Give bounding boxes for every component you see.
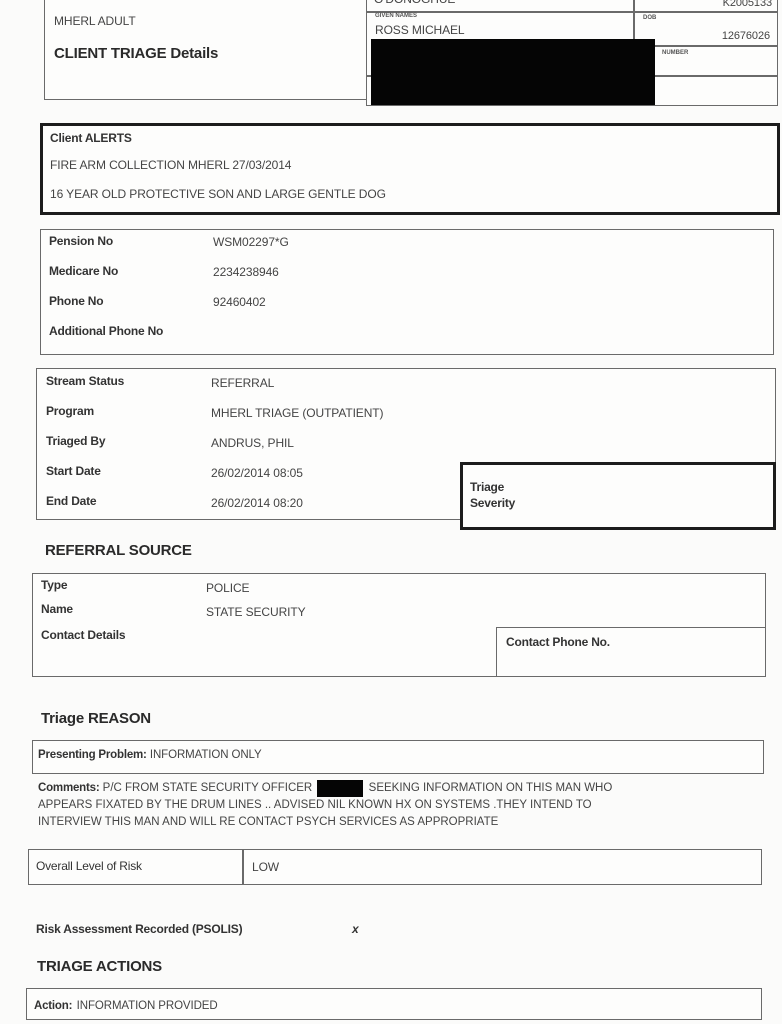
stream-status-value: REFERRAL	[211, 376, 274, 390]
page-title: CLIENT TRIAGE Details	[54, 45, 218, 62]
alerts-title: Client ALERTS	[50, 131, 132, 145]
presenting-problem-line: Presenting Problem: INFORMATION ONLY	[38, 749, 262, 761]
presenting-problem-value: INFORMATION ONLY	[150, 749, 262, 761]
end-date-value: 26/02/2014 08:20	[211, 496, 303, 510]
pension-label: Pension No	[49, 234, 113, 248]
divider	[366, 11, 778, 13]
start-date-value: 26/02/2014 08:05	[211, 466, 303, 480]
medicare-value: 2234238946	[213, 265, 279, 279]
contact-details-label: Contact Details	[41, 628, 125, 642]
comments-block: Comments: P/C FROM STATE SECURITY OFFICE…	[38, 780, 778, 831]
action-line: Action: INFORMATION PROVIDED	[34, 996, 218, 1014]
alert-item: FIRE ARM COLLECTION MHERL 27/03/2014	[50, 158, 291, 172]
referral-name-label: Name	[41, 602, 73, 616]
risk-assessment-label: Risk Assessment Recorded (PSOLIS)	[36, 922, 242, 936]
redaction-inline	[317, 780, 363, 797]
phone-label: Phone No	[49, 294, 103, 308]
id-top-value: K2005133	[723, 0, 772, 9]
redaction-block	[371, 39, 655, 105]
referral-type-label: Type	[41, 578, 67, 592]
program-value: MHERL TRIAGE (OUTPATIENT)	[211, 406, 383, 420]
triaged-by-value: ANDRUS, PHIL	[211, 436, 294, 450]
end-date-label: End Date	[46, 494, 96, 508]
id-label: DOB	[643, 15, 656, 21]
overall-risk-value: LOW	[252, 860, 279, 874]
triaged-by-label: Triaged By	[46, 434, 105, 448]
pension-value: WSM02297*G	[213, 235, 289, 249]
program-label: Program	[46, 404, 94, 418]
alert-item: 16 YEAR OLD PROTECTIVE SON AND LARGE GEN…	[50, 187, 386, 201]
stream-status-label: Stream Status	[46, 374, 124, 388]
comments-line-1: Comments: P/C FROM STATE SECURITY OFFICE…	[38, 780, 778, 797]
org-line: MHERL ADULT	[54, 14, 136, 28]
medicare-label: Medicare No	[49, 264, 118, 278]
additional-phone-label: Additional Phone No	[49, 324, 163, 338]
triage-actions-heading: TRIAGE ACTIONS	[37, 958, 162, 975]
overall-risk-label: Overall Level of Risk	[36, 859, 142, 873]
triage-reason-heading: Triage REASON	[41, 710, 151, 727]
given-names-label: GIVEN NAMES	[375, 13, 417, 19]
comments-line-2: APPEARS FIXATED BY THE DRUM LINES .. ADV…	[38, 797, 778, 814]
surname-value: O'DONOGHUE	[374, 0, 455, 6]
comments-text-2: SEEKING INFORMATION ON THIS MAN WHO	[369, 782, 613, 794]
start-date-label: Start Date	[46, 464, 101, 478]
referral-type-value: POLICE	[206, 581, 249, 595]
id-value: 12676026	[722, 30, 770, 42]
presenting-problem-label: Presenting Problem:	[38, 749, 147, 761]
comments-label: Comments:	[38, 782, 99, 794]
referral-name-value: STATE SECURITY	[206, 605, 306, 619]
divider	[242, 849, 244, 885]
number-label: NUMBER	[662, 50, 688, 56]
contact-phone-label: Contact Phone No.	[506, 635, 610, 649]
comments-text-1: P/C FROM STATE SECURITY OFFICER	[103, 782, 313, 794]
given-names-value: ROSS MICHAEL	[375, 23, 465, 37]
action-label: Action:	[34, 1000, 72, 1012]
referral-source-heading: REFERRAL SOURCE	[45, 542, 192, 559]
triage-severity-label: Triage Severity	[470, 479, 520, 511]
risk-assessment-value: x	[352, 922, 358, 936]
comments-line-3: INTERVIEW THIS MAN AND WILL RE CONTACT P…	[38, 814, 778, 831]
action-value: INFORMATION PROVIDED	[77, 1000, 218, 1012]
phone-value: 92460402	[213, 295, 266, 309]
